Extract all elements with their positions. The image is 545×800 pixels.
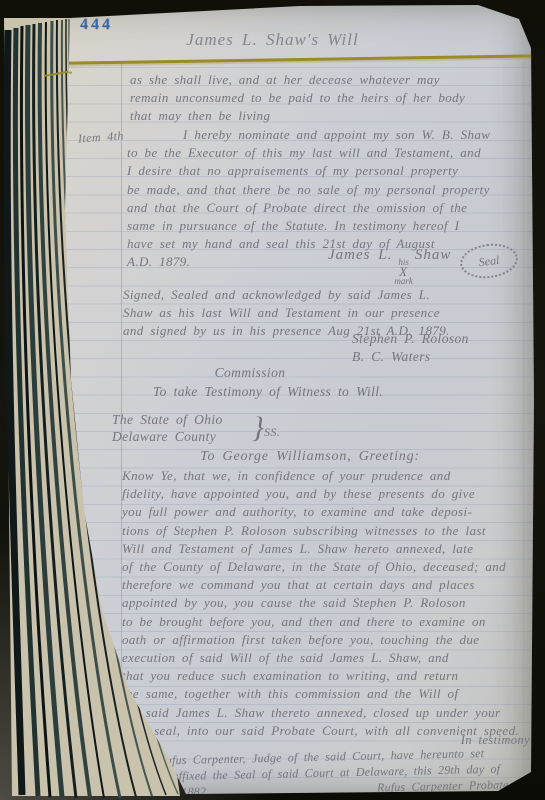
paragraph-line: be made, and that there be no sale of my… xyxy=(127,181,490,199)
commission-subheading: To take Testimony of Witness to Will. xyxy=(153,384,383,400)
paragraph-line: tions of Stephen P. Roloson subscribing … xyxy=(122,522,519,540)
paragraph-line: the same, together with this commission … xyxy=(122,685,519,703)
jurisdiction-brace: } xyxy=(252,411,264,445)
paragraph-line: I desire that no appraisements of my per… xyxy=(127,162,490,180)
commission-salutation: To George Williamson, Greeting: xyxy=(0,449,545,465)
paragraph-line: fidelity, have appointed you, and by the… xyxy=(122,485,519,503)
jurisdiction-county: Delaware County xyxy=(112,428,223,445)
jurisdiction-caption: The State of Ohio Delaware County xyxy=(112,411,223,445)
commission-heading: Commission xyxy=(0,365,500,381)
his-mark-x: hisXmark xyxy=(394,258,413,285)
paragraph-line: same in pursuance of the Statute. In tes… xyxy=(127,217,490,235)
paragraph-line: the said James L. Shaw thereto annexed, … xyxy=(122,704,519,722)
signature-name-left: James L. xyxy=(328,247,392,263)
mark-label: mark xyxy=(394,277,413,285)
paragraph-line: execution of said Will of the said James… xyxy=(122,649,519,667)
paragraph-line: appointed by you, you cause the said Ste… xyxy=(122,594,519,612)
witness-signature: Stephen P. Roloson xyxy=(352,330,469,348)
paragraph-line: of the County of Delaware, in the State … xyxy=(122,558,519,576)
paragraph-line: oath or affirmation first taken before y… xyxy=(122,631,519,649)
judge-signature: Rufus Carpenter Probate Judge xyxy=(377,776,545,796)
right-margin-line xyxy=(523,62,524,795)
page-title: James L. Shaw's Will xyxy=(0,30,545,50)
commission-paragraph: Know Ye, that we, in confidence of your … xyxy=(122,467,519,740)
paragraph-line: Know Ye, that we, in confidence of your … xyxy=(122,467,519,485)
witness-signature: B. C. Waters xyxy=(352,348,469,366)
paragraph-line: you full power and authority, to examine… xyxy=(122,503,519,521)
paragraph-line: remain unconsumed to be paid to the heir… xyxy=(130,89,465,107)
margin-note-item-4: Item 4th xyxy=(78,128,125,146)
book-photo: 444 James L. Shaw's Will as she shall li… xyxy=(0,0,545,800)
gold-header-rule xyxy=(56,54,545,64)
jurisdiction-state: The State of Ohio xyxy=(112,411,223,428)
signature-name-right: Shaw xyxy=(415,247,452,263)
jurisdiction-ss: SS. xyxy=(264,425,280,440)
seal-label: Seal xyxy=(478,252,500,269)
paragraph-line: to be the Executor of this my last will … xyxy=(127,144,490,162)
paragraph-line: as she shall live, and at her decease wh… xyxy=(130,71,465,89)
witness-signatures: Stephen P. Roloson B. C. Waters xyxy=(352,330,469,366)
paragraph-line: I hereby nominate and appoint my son W. … xyxy=(127,126,490,144)
paragraph-line: Will and Testament of James L. Shaw here… xyxy=(122,540,519,558)
paragraph-line: and that the Court of Probate direct the… xyxy=(127,199,490,217)
paragraph-line: that you reduce such examination to writ… xyxy=(122,667,519,685)
opening-paragraph: as she shall live, and at her decease wh… xyxy=(130,71,465,126)
paragraph-line: Signed, Sealed and acknowledged by said … xyxy=(123,286,450,304)
paragraph-line: therefore we command you that at certain… xyxy=(122,576,519,594)
paragraph-line: to be brought before you, and then and t… xyxy=(122,613,519,631)
testator-signature: James L.hisXmarkShaw xyxy=(328,247,451,285)
paragraph-line: Shaw as his last Will and Testament in o… xyxy=(123,304,450,322)
paragraph-line: that may then be living xyxy=(130,107,465,125)
